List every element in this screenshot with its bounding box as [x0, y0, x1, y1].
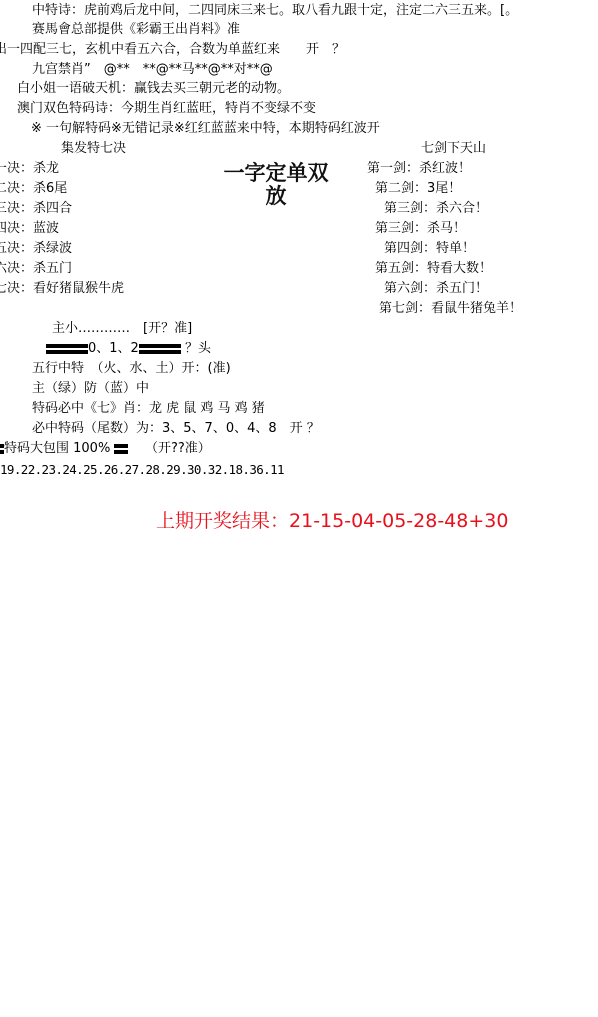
item-label: 三决：	[0, 201, 33, 216]
item-value: 杀6尾	[33, 181, 67, 196]
bar-decoration-icon	[114, 444, 128, 454]
list-item: 第六剑：杀五门！	[384, 281, 488, 297]
item-label: 第七剑：	[379, 301, 431, 316]
source-line: 赛馬會总部提供《彩霸王出肖料》准	[32, 22, 240, 38]
list-item: 第三剑：杀马！	[375, 221, 466, 237]
item-value: 特看大数！	[427, 261, 492, 276]
list-item: 第五剑：特看大数！	[375, 261, 492, 277]
item-value: 杀马！	[427, 221, 466, 236]
item-value: 杀红波！	[419, 161, 471, 176]
item-label: 一决：	[0, 161, 33, 176]
one-sentence-line: ※ 一句解特码※无错记录※红红蓝蓝来中特，本期特码红波开	[31, 121, 380, 137]
macau-poem-line: 澳门双色特码诗：今期生肖红蓝旺，特肖不变绿不变	[17, 101, 316, 117]
center-title-line2: 放	[206, 184, 346, 207]
zodiac-line: 特码必中《七》肖：龙 虎 鼠 鸡 马 鸡 猪	[32, 401, 265, 417]
list-item: 七决：看好猪鼠猴牛虎	[0, 281, 124, 297]
item-value: 特单！	[436, 241, 475, 256]
tail-numbers-line: 必中特码（尾数）为：3、5、7、0、4、8 开 ？	[32, 421, 320, 437]
forbidden-zodiac-line: 九宫禁肖” @** **@**马**@**对**@	[32, 62, 273, 78]
surround-line: 特码大包围 100% （开??准）	[0, 441, 211, 457]
list-item: 二决：杀6尾	[0, 181, 67, 197]
surround-label: 特码大包围 100%	[4, 441, 110, 456]
main-guard-line: 主（绿）防（蓝）中	[32, 381, 149, 397]
item-label: 第二剑：	[375, 181, 427, 196]
main-small-line: 主小………… [开？准]	[52, 321, 192, 337]
item-value: 杀五门	[33, 261, 72, 276]
item-label: 第五剑：	[375, 261, 427, 276]
heads-numbers: 0、1、2	[88, 341, 139, 356]
item-label: 第四剑：	[384, 241, 436, 256]
heads-suffix: ？头	[185, 341, 211, 356]
item-label: 五决：	[0, 241, 33, 256]
surround-numbers: 19.22.23.24.25.26.27.28.29.30.32.18.36.1…	[0, 462, 284, 478]
poem-line: 中特诗：虎前鸡后龙中间，二四同床三来七。取八看九跟十定，注定二六三五来。[。	[32, 3, 518, 19]
list-item: 第一剑：杀红波！	[367, 161, 471, 177]
center-title-line1: 一字定单双	[206, 161, 346, 184]
item-value: 杀绿波	[33, 241, 72, 256]
item-value: 3尾！	[427, 181, 461, 196]
item-label: 第一剑：	[367, 161, 419, 176]
item-value: 杀六合！	[436, 201, 488, 216]
heads-line: 0、1、2 ？头	[46, 341, 211, 357]
item-label: 四决：	[0, 221, 33, 236]
item-label: 第三剑：	[375, 221, 427, 236]
item-label: 第六剑：	[384, 281, 436, 296]
result-numbers: 21-15-04-05-28-48+30	[289, 510, 508, 532]
five-elements-line: 五行中特 （火、水、土）开：(准)	[32, 361, 231, 377]
list-item: 五决：杀绿波	[0, 241, 72, 257]
result-label: 上期开奖结果：	[156, 510, 289, 532]
item-value: 杀龙	[33, 161, 59, 176]
last-draw-result: 上期开奖结果：21-15-04-05-28-48+30	[156, 509, 508, 533]
item-value: 看好猪鼠猴牛虎	[33, 281, 124, 296]
bar-decoration-icon	[0, 444, 4, 454]
item-label: 第三剑：	[384, 201, 436, 216]
item-value: 蓝波	[33, 221, 59, 236]
list-item: 第二剑：3尾！	[375, 181, 461, 197]
center-title: 一字定单双 放	[206, 161, 346, 207]
left-section-title: 集发特七决	[61, 141, 126, 157]
riddle-line: 白小姐一语破天机：赢钱去买三朝元老的动物。	[17, 81, 290, 97]
item-label: 六决：	[0, 261, 33, 276]
surround-suffix: （开??准）	[145, 441, 211, 456]
list-item: 四决：蓝波	[0, 221, 59, 237]
list-item: 一决：杀龙	[0, 161, 59, 177]
item-value: 杀四合	[33, 201, 72, 216]
list-item: 第三剑：杀六合！	[384, 201, 488, 217]
item-value: 杀五门！	[436, 281, 488, 296]
item-label: 七决：	[0, 281, 33, 296]
list-item: 第七剑：看鼠牛猪兔羊！	[379, 301, 522, 317]
item-label: 二决：	[0, 181, 33, 196]
list-item: 三决：杀四合	[0, 201, 72, 217]
item-value: 看鼠牛猪兔羊！	[431, 301, 522, 316]
bar-decoration-icon	[139, 344, 181, 354]
list-item: 第四剑：特单！	[384, 241, 475, 257]
hint-line: 出一四配三七，玄机中看五六合，合数为单蓝红来 开 ？	[0, 42, 345, 58]
right-section-title: 七剑下天山	[421, 141, 486, 157]
list-item: 六决：杀五门	[0, 261, 72, 277]
bar-decoration-icon	[46, 344, 88, 354]
